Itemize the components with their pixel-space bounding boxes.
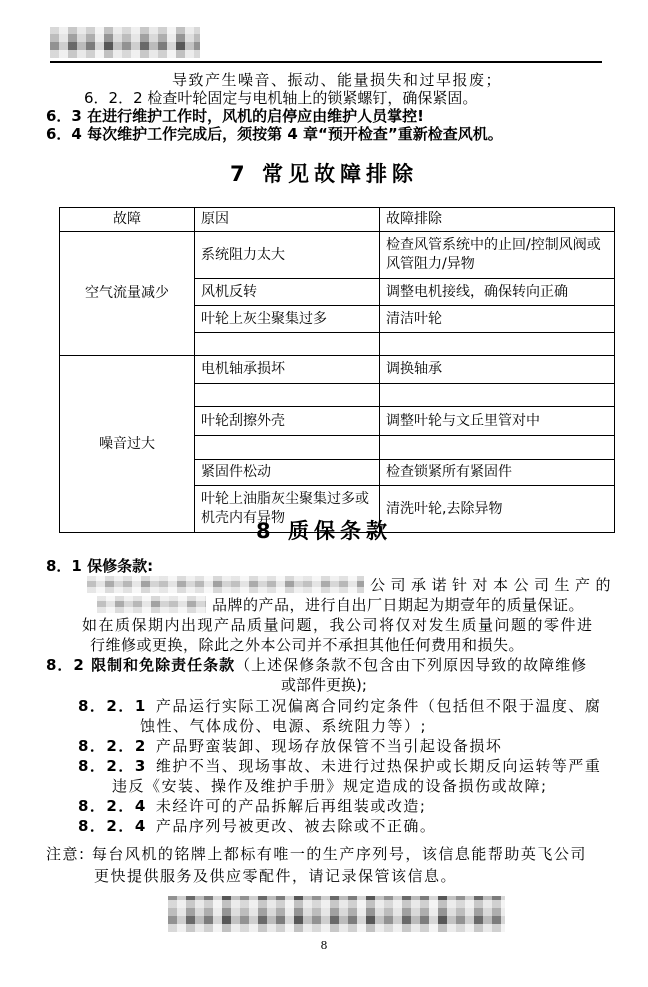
remedy-cell: [380, 333, 615, 356]
table-header-row: 故障 原因 故障排除: [60, 208, 615, 232]
body-text: 公司承诺针对本公司生产的: [370, 576, 616, 594]
item-number: 8．2．4: [78, 817, 147, 835]
remedy-cell: [380, 384, 615, 407]
list-item: 8．2．1产品运行实际工况偏离合同约定条件（包括但不限于温度、腐: [78, 697, 601, 715]
body-line: 6．2．2 检查叶轮固定与电机轴上的锁紧螺钉，确保紧固。: [84, 89, 477, 107]
item-text: 产品运行实际工况偏离合同约定条件（包括但不限于温度、腐: [156, 697, 602, 715]
cause-cell: [195, 384, 380, 407]
note-line: 更快提供服务及供应零配件，请记录保管该信息。: [94, 867, 457, 885]
item-number: 8．2．3: [78, 757, 147, 775]
warranty-heading: 8．1 保修条款:: [46, 557, 153, 575]
remedy-cell: 检查锁紧所有紧固件: [380, 460, 615, 486]
remedy-cell: 调换轴承: [380, 356, 615, 384]
cause-cell: 风机反转: [195, 279, 380, 306]
company-logo-redacted: [50, 27, 200, 58]
document-page: 导致产生噪音、振动、能量损失和过早报废； 6．2．2 检查叶轮固定与电机轴上的锁…: [0, 0, 648, 987]
list-item: 8．2．4产品序列号被更改、被去除或不正确。: [78, 817, 436, 835]
body-line: 导致产生噪音、振动、能量损失和过早报废；: [172, 71, 502, 89]
cause-cell: 叶轮上灰尘聚集过多: [195, 306, 380, 333]
cause-cell: [195, 436, 380, 460]
section-7-title: 7 常见故障排除: [0, 158, 648, 188]
list-item: 8．2．4未经许可的产品拆解后再组装或改造;: [78, 797, 426, 815]
item-text: 维护不当、现场事故、未进行过热保护或长期反向运转等严重: [156, 757, 602, 775]
body-line: 行维修或更换，除此之外本公司并不承担其他任何费用和损失。: [90, 636, 524, 654]
item-text: 未经许可的产品拆解后再组装或改造;: [156, 797, 427, 815]
remedy-cell: [380, 436, 615, 460]
body-line: 6．4 每次维护工作完成后，须按第 4 章“预开检查”重新检查风机。: [46, 125, 503, 143]
body-line: 品牌的产品，进行自出厂日期起为期壹年的质量保证。: [97, 596, 584, 614]
section-8-title: 8 质保条款: [0, 515, 648, 545]
body-line: 如在质保期内出现产品质量问题，我公司将仅对发生质量问题的零件进: [82, 616, 594, 634]
fault-group-label: 空气流量减少: [60, 232, 195, 356]
item-number: 8．2．4: [78, 797, 147, 815]
header-cell-cause: 原因: [195, 208, 380, 232]
remedy-cell: 调整叶轮与文丘里管对中: [380, 407, 615, 436]
remedy-cell: 检查风管系统中的止回/控制风阀或风管阻力/异物: [380, 232, 615, 279]
body-line: 公司承诺针对本公司生产的: [87, 576, 616, 594]
list-item: 8．2．3维护不当、现场事故、未进行过热保护或长期反向运转等严重: [78, 757, 601, 775]
page-number: 8: [0, 939, 648, 952]
fault-group-label: 噪音过大: [60, 356, 195, 533]
note-line: 注意: 每台风机的铭牌上都标有唯一的生产序列号，该信息能帮助英飞公司: [46, 845, 587, 863]
liability-heading-rest: （上述保修条款不包含由下列原因导致的故障维修: [235, 656, 587, 674]
cause-cell: 电机轴承损坏: [195, 356, 380, 384]
cause-cell: 叶轮刮擦外壳: [195, 407, 380, 436]
remedy-cell: 清洁叶轮: [380, 306, 615, 333]
item-text: 产品野蛮装卸、现场存放保管不当引起设备损坏: [156, 737, 503, 755]
table-row: 噪音过大 电机轴承损坏 调换轴承: [60, 356, 615, 384]
cause-cell: 紧固件松动: [195, 460, 380, 486]
body-text: 品牌的产品，进行自出厂日期起为期壹年的质量保证。: [212, 596, 584, 614]
cause-cell: 系统阻力太大: [195, 232, 380, 279]
liability-heading: 8．2 限制和免除责任条款（上述保修条款不包含由下列原因导致的故障维修: [46, 656, 587, 674]
liability-heading-line2: 或部件更换);: [0, 676, 648, 694]
fault-table: 故障 原因 故障排除 空气流量减少 系统阻力太大 检查风管系统中的止回/控制风阀…: [59, 207, 615, 533]
liability-heading-bold: 8．2 限制和免除责任条款: [46, 656, 235, 674]
item-number: 8．2．2: [78, 737, 147, 755]
item-text: 产品序列号被更改、被去除或不正确。: [156, 817, 437, 835]
list-item-continuation: 蚀性、气体成份、电源、系统阻力等）;: [140, 717, 427, 735]
header-cell-fault: 故障: [60, 208, 195, 232]
header-divider: [50, 61, 602, 63]
remedy-cell: 调整电机接线，确保转向正确: [380, 279, 615, 306]
cause-cell: [195, 333, 380, 356]
item-number: 8．2．1: [78, 697, 147, 715]
table-row: 空气流量减少 系统阻力太大 检查风管系统中的止回/控制风阀或风管阻力/异物: [60, 232, 615, 279]
list-item-continuation: 违反《安装、操作及维护手册》规定造成的设备损伤或故障;: [112, 777, 548, 795]
redacted-company-name: [87, 576, 364, 593]
footer-redacted: [168, 896, 505, 932]
list-item: 8．2．2产品野蛮装卸、现场存放保管不当引起设备损坏: [78, 737, 502, 755]
body-line: 6．3 在进行维护工作时，风机的启停应由维护人员掌控!: [46, 107, 424, 125]
header-cell-remedy: 故障排除: [380, 208, 615, 232]
redacted-brand-name: [97, 596, 206, 613]
